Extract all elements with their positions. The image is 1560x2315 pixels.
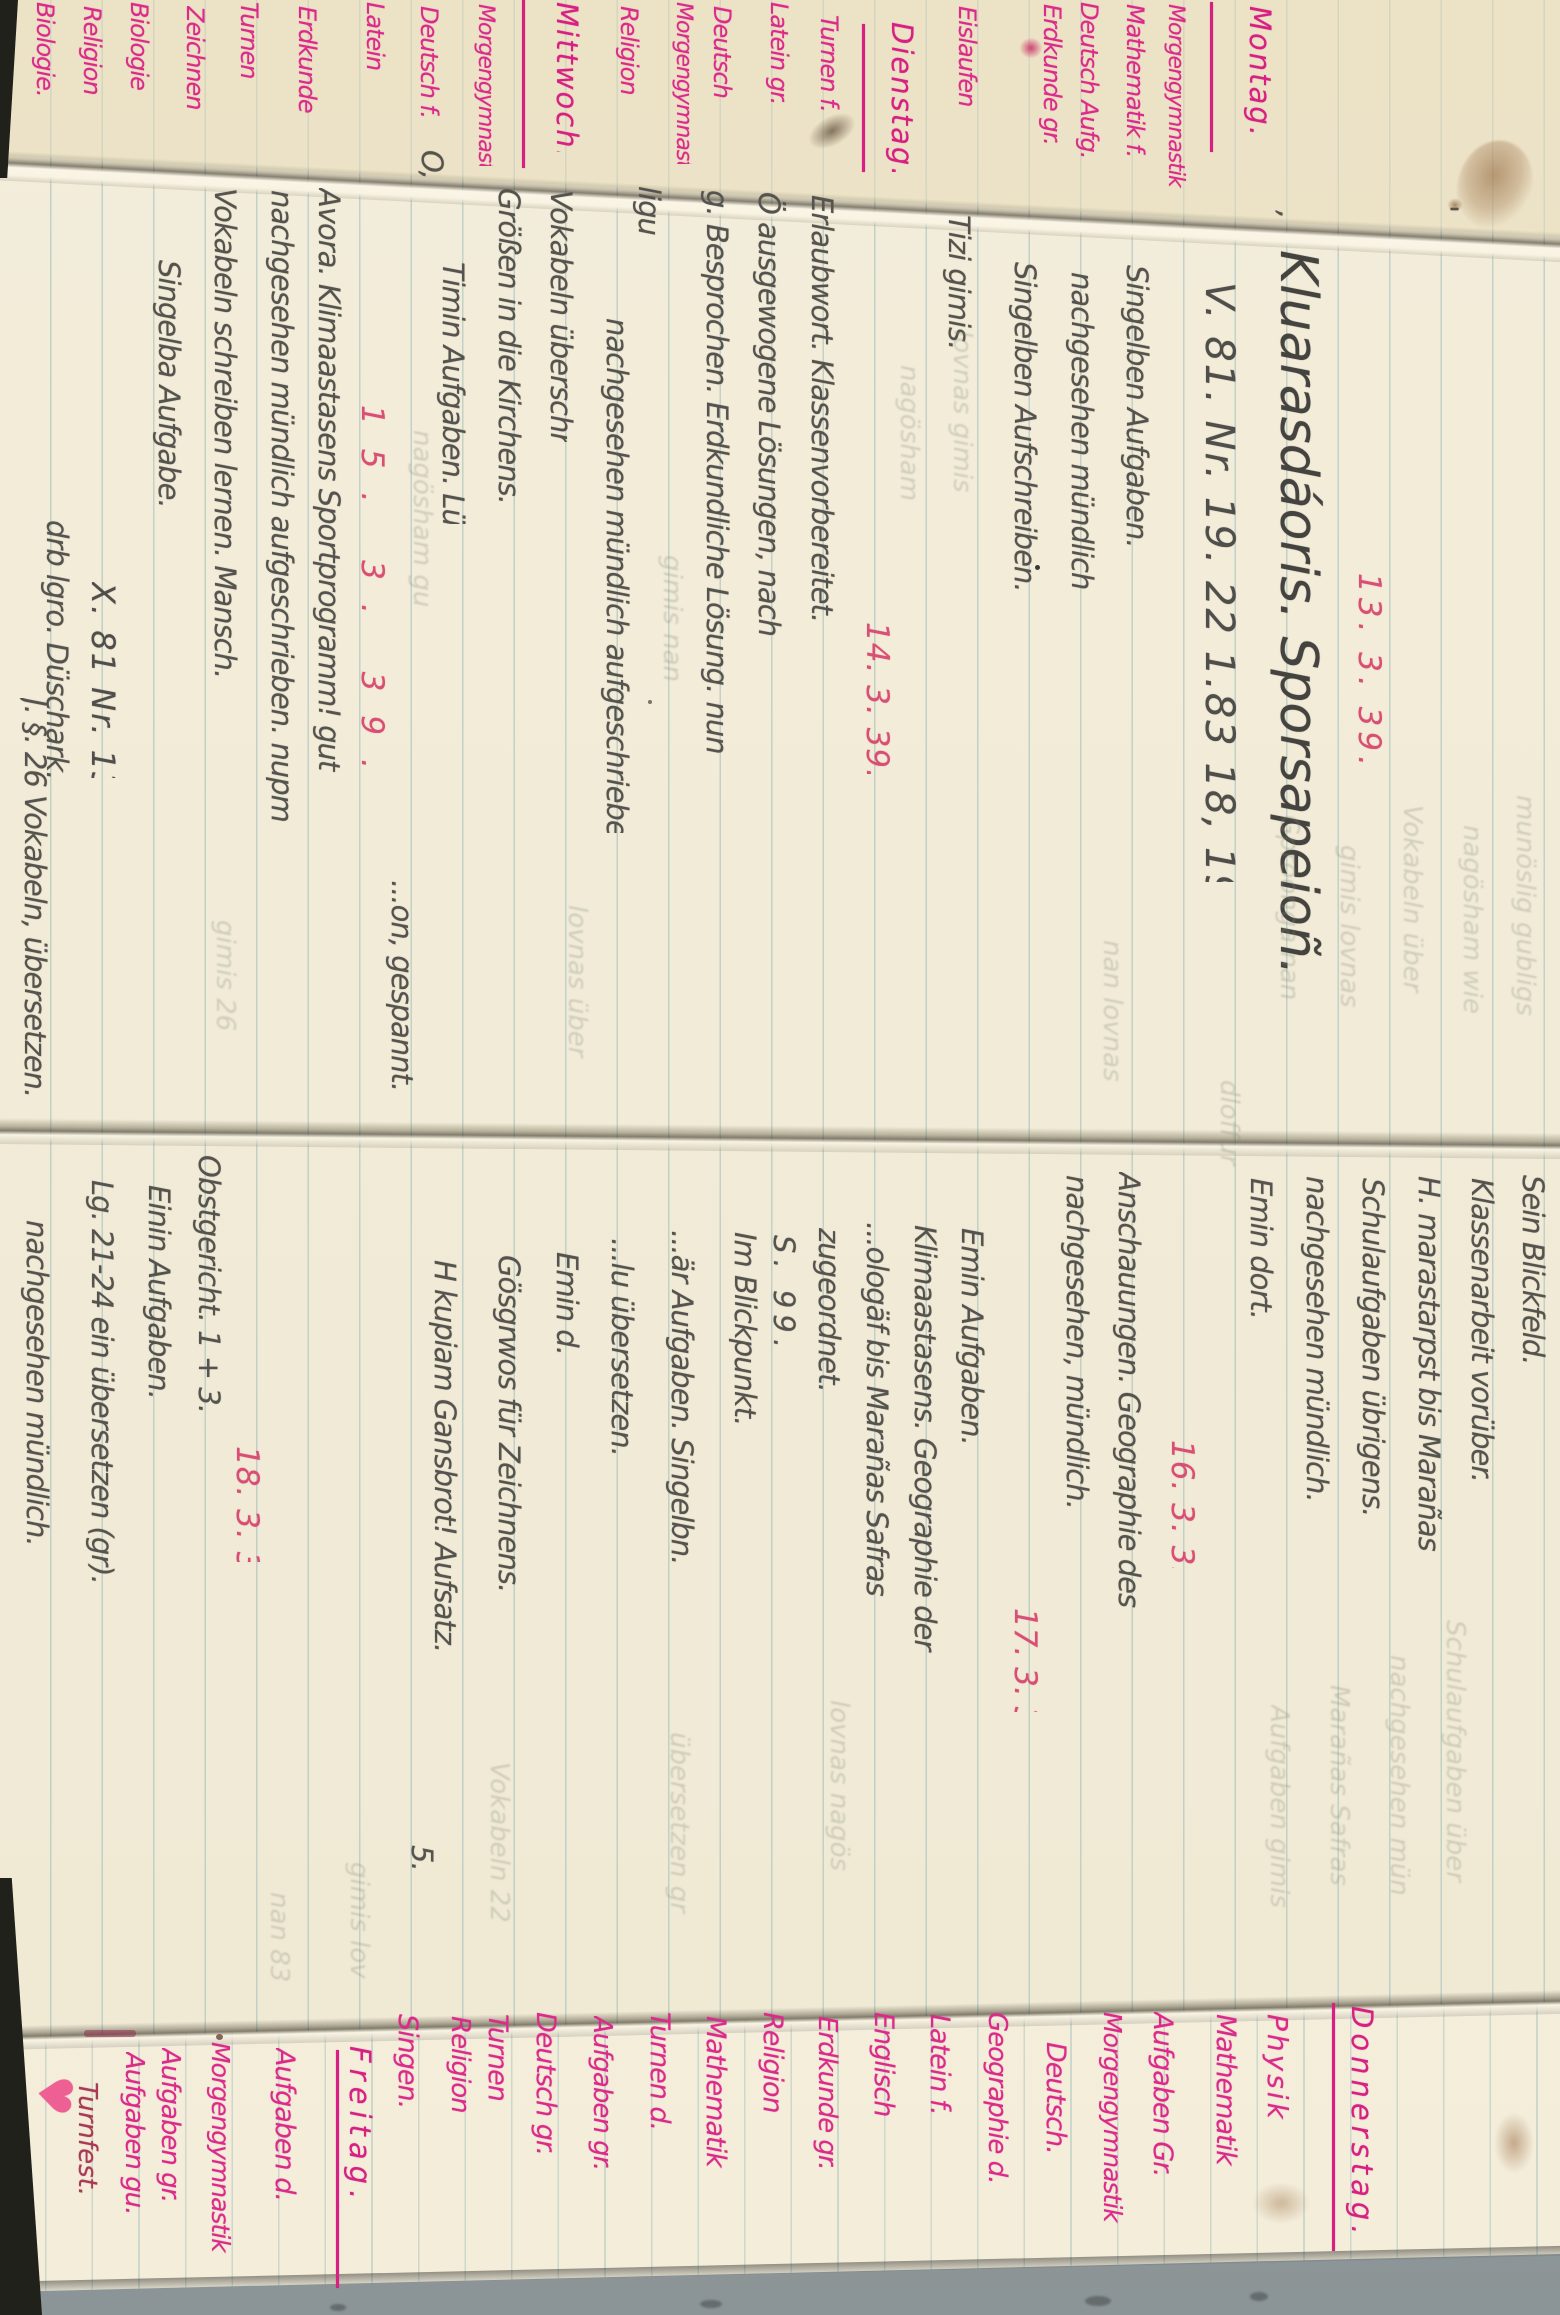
pencil-handwriting-line: ...ologäf bis Marañas Safras	[852, 1222, 900, 1712]
pencil-handwriting-line: ...är Aufgaben. Singelbn.	[657, 1230, 705, 1582]
ink-handwriting-line: Religion	[604, 6, 652, 138]
ghost-writing: nan lovnas	[1087, 940, 1135, 1140]
pencil-handwriting-line: nachgesehen mündlich aufgeschrieben	[592, 318, 640, 833]
day-underline	[1210, 2, 1213, 152]
ink-handwriting-line: Deutsch f.	[404, 6, 452, 144]
pencil-handwriting-line: Sein Blickfeld.	[1508, 1175, 1556, 1437]
scanner-debris	[1250, 2292, 1268, 2301]
pencil-handwriting-line: g. Besprochen. Erdkundliche Lösung. nun	[692, 190, 740, 1110]
ink-handwriting-line: Biologie	[114, 2, 162, 142]
ink-speck	[648, 700, 652, 704]
ink-handwriting-line: Aufgaben d.	[259, 2048, 307, 2240]
ink-handwriting-line: Turnen d.	[634, 2012, 682, 2204]
pencil-handwriting-line: nachgesehen mündlich.	[1292, 1176, 1340, 1516]
ink-handwriting-line: Singen.	[382, 2014, 430, 2202]
ink-handwriting-line: Turnen f.	[804, 15, 852, 175]
ink-handwriting-line: Biologie.	[20, 2, 68, 148]
ink-handwriting-line: Deutsch.	[1030, 2042, 1078, 2180]
ink-handwriting-line: Latein	[350, 2, 398, 150]
ghost-writing: Gproonga nan	[1264, 815, 1312, 1075]
ink-handwriting-line: Religion	[67, 6, 115, 140]
ghost-writing: Vokabeln 22	[474, 1762, 522, 2042]
scanner-debris	[1085, 2296, 1111, 2306]
date-heading: 15. 3. 39.	[347, 405, 395, 783]
ink-handwriting-line: Dienstag.	[877, 22, 925, 172]
ghost-writing: gimis 26	[200, 920, 248, 1120]
ghost-writing: übersetzen gr	[654, 1732, 702, 2032]
ghost-writing: nachgesehen mün	[1374, 1655, 1422, 1955]
pencil-handwriting-line: zugeordnet.	[804, 1228, 852, 1496]
pencil-handwriting-line: V. 81. Nr. 19. 22 1.83 18, 19.	[1182, 282, 1252, 882]
ink-handwriting-line: Mathematik f.	[1110, 4, 1158, 194]
pencil-handwriting-line: ...on, gespannt.	[377, 880, 425, 1165]
ghost-writing: Schulaufgaben über	[1430, 1620, 1478, 1950]
ink-blob	[1020, 38, 1042, 58]
ink-handwriting-line: Morgengymnastik	[460, 4, 508, 166]
pencil-handwriting-line: Vokabeln überschreiben	[536, 190, 584, 442]
day-underline	[522, 0, 525, 168]
ink-handwriting-line: Erdkunde gr.	[802, 2016, 850, 2236]
ink-handwriting-line: Erdkunde gr.	[1027, 4, 1075, 199]
ink-handwriting-line: Geographie d.	[972, 2012, 1020, 2250]
ink-handwriting-line: Deutsch gr.	[520, 2012, 568, 2214]
ghost-writing: Marañas Safras	[1314, 1685, 1362, 1945]
ghost-writing: nagösham gu	[397, 430, 445, 680]
pencil-handwriting-line: Avora. Klimaastasens Sportprogramm! gut	[304, 188, 352, 978]
ink-handwriting-line: Erdkunde	[282, 6, 330, 148]
ink-handwriting-line: Donnerstag.	[1337, 2006, 1385, 2250]
pencil-handwriting-line: J. §. 26 Vokabeln, übersetzen.	[10, 698, 58, 1098]
pencil-handwriting-line: Singelba Aufgabe.	[144, 260, 192, 572]
pencil-handwriting-line: nachgesehen mündlich.	[12, 1220, 60, 1740]
pencil-handwriting-line: nachgesehen mündlich.	[1057, 272, 1105, 590]
scanner-debris	[330, 2304, 346, 2311]
ghost-writing: gimis lovnas	[1324, 845, 1372, 1075]
ghost-writing: lovnas über	[552, 905, 600, 1135]
date-heading: 17. 3. 39.	[1000, 1608, 1048, 1712]
red-smear-on-edge	[84, 2030, 136, 2037]
pencil-handwriting-line: Anschauungen. Geographie des	[1104, 1172, 1152, 1620]
ink-handwriting-line: Mathematik	[690, 2016, 738, 2228]
pencil-handwriting-line: Emin d.	[542, 1252, 590, 1452]
pencil-handwriting-line: Vokabeln schreiben lernen. Mansch.	[200, 188, 248, 876]
pencil-handwriting-line: 5.	[397, 1845, 445, 1910]
pencil-handwriting-line: Erlaubwort. Klassenvorbereitet.	[797, 195, 845, 757]
ghost-writing: nagösham wie	[1447, 825, 1495, 1070]
pencil-handwriting-line: Tizi gimis.	[934, 215, 982, 347]
date-heading: 14. 3. 39.	[852, 622, 900, 774]
pencil-handwriting-line: H. marastarpst bis Marañas	[1404, 1176, 1452, 1556]
date-heading: 16. 3. 39.	[1157, 1440, 1205, 1568]
ink-handwriting-line: Freitag.	[335, 2046, 383, 2284]
ink-speck	[1035, 565, 1040, 570]
day-underline	[862, 24, 865, 172]
pencil-handwriting-line: Singelben Aufgaben.	[1112, 265, 1160, 553]
pencil-handwriting-line: nachgesehen mündlich aufgeschrieben. nup…	[257, 190, 305, 862]
ghost-writing: nan 83	[254, 1892, 302, 2057]
pencil-handwriting-line: Ö ausgewogene Lösungen, nach	[744, 192, 792, 782]
ink-handwriting-line: Morgengymnastik	[1087, 2012, 1135, 2234]
ink-handwriting-line: Morgengymnastik	[195, 2042, 243, 2280]
pencil-handwriting-line: Obstgericht. 1 + 3.	[184, 1155, 232, 1695]
day-underline	[336, 2050, 339, 2288]
pencil-handwriting-line: Klassenarbeit vorüber.	[1457, 1178, 1505, 1506]
ink-handwriting-line: Religion	[435, 2016, 483, 2218]
scanned-notebook: Montag.MorgengymnastikMathematik f.Deuts…	[0, 0, 1560, 2315]
stain-bottom-right	[1494, 2112, 1534, 2174]
pencil-handwriting-line: Größen in die Kirchens.	[484, 188, 532, 526]
ink-handwriting-line: Religion	[747, 2012, 795, 2210]
scanner-debris	[700, 2300, 722, 2308]
pencil-handwriting-line: Schulaufgaben übrigens.	[1348, 1178, 1396, 1566]
pencil-handwriting-line: Lg. 21-24 ein übersetzen (gr).	[77, 1180, 125, 1760]
ghost-writing: lovnas gimis	[937, 330, 985, 590]
stain-bottom-mid	[1252, 2182, 1310, 2224]
ink-handwriting-line: Mathematik	[1200, 2014, 1248, 2178]
pencil-handwriting-line: Singelben Aufschreiben.	[1000, 262, 1048, 640]
ink-handwriting-line: Turnen	[224, 2, 272, 138]
ink-handwriting-line: Eislaufen	[942, 6, 990, 161]
ink-handwriting-line: Latein gr.	[754, 2, 802, 170]
ghost-writing: lovnas nagös	[814, 1700, 862, 1970]
ghost-writing: munöslig gubligs	[1500, 795, 1548, 1065]
date-heading: 13. 3. 39.	[1344, 573, 1392, 773]
ink-handwriting-line: Latein f.	[914, 2014, 962, 2202]
ghost-writing: gimis nan	[647, 555, 695, 765]
ink-handwriting-line: Montag.	[1235, 6, 1283, 171]
pencil-handwriting-line: ligu	[624, 186, 672, 286]
pencil-handwriting-line: Gösgrwos für Zeichnens.	[484, 1255, 532, 1643]
day-underline	[1332, 2003, 1335, 2251]
heart-doodle: ♥	[26, 2072, 84, 2119]
pencil-handwriting-line: ,	[1264, 210, 1312, 255]
ghost-writing: gimis lov	[334, 1862, 382, 2047]
pencil-handwriting-line: Emin Aufgaben.	[947, 1228, 995, 1620]
ink-handwriting-line: Physik	[1252, 2014, 1300, 2152]
ghost-writing: Aufgaben gimis	[1254, 1705, 1302, 1985]
ink-handwriting-line: Englisch	[858, 2012, 906, 2220]
ghost-writing: nagösham	[884, 365, 932, 595]
ink-handwriting-line: Aufgaben gr.	[577, 2016, 625, 2232]
rust-stain-small	[1447, 198, 1463, 212]
pencil-handwriting-line: O,	[407, 150, 455, 198]
pencil-handwriting-line: H kupiam Gansbrot! Aufsatz.	[420, 1260, 468, 1700]
ink-handwriting-line: Mittwoch.	[542, 2, 590, 152]
ghost-writing: dloffur	[1204, 1080, 1252, 1255]
ink-handwriting-line: Morgengymnastik	[658, 2, 706, 164]
pencil-handwriting-line: Im Blickpunkt.	[720, 1232, 768, 1532]
ink-handwriting-line: Aufgaben gu.	[109, 2052, 157, 2288]
pencil-handwriting-line: ...lu übersetzen.	[597, 1238, 645, 1500]
pencil-handwriting-line: Einin Aufgaben.	[134, 1185, 182, 1745]
ink-handwriting-line: Aufgaben Gr.	[1137, 2012, 1185, 2212]
pencil-handwriting-line: Klimaastasens. Geographie der	[900, 1225, 948, 1711]
pencil-handwriting-line: nachgesehen, mündlich.	[1052, 1175, 1100, 1517]
ink-handwriting-line: Zeichnen	[170, 6, 218, 152]
dark-dot-on-edge	[216, 2034, 223, 2040]
ghost-writing: Vokabeln über	[1387, 805, 1435, 1095]
